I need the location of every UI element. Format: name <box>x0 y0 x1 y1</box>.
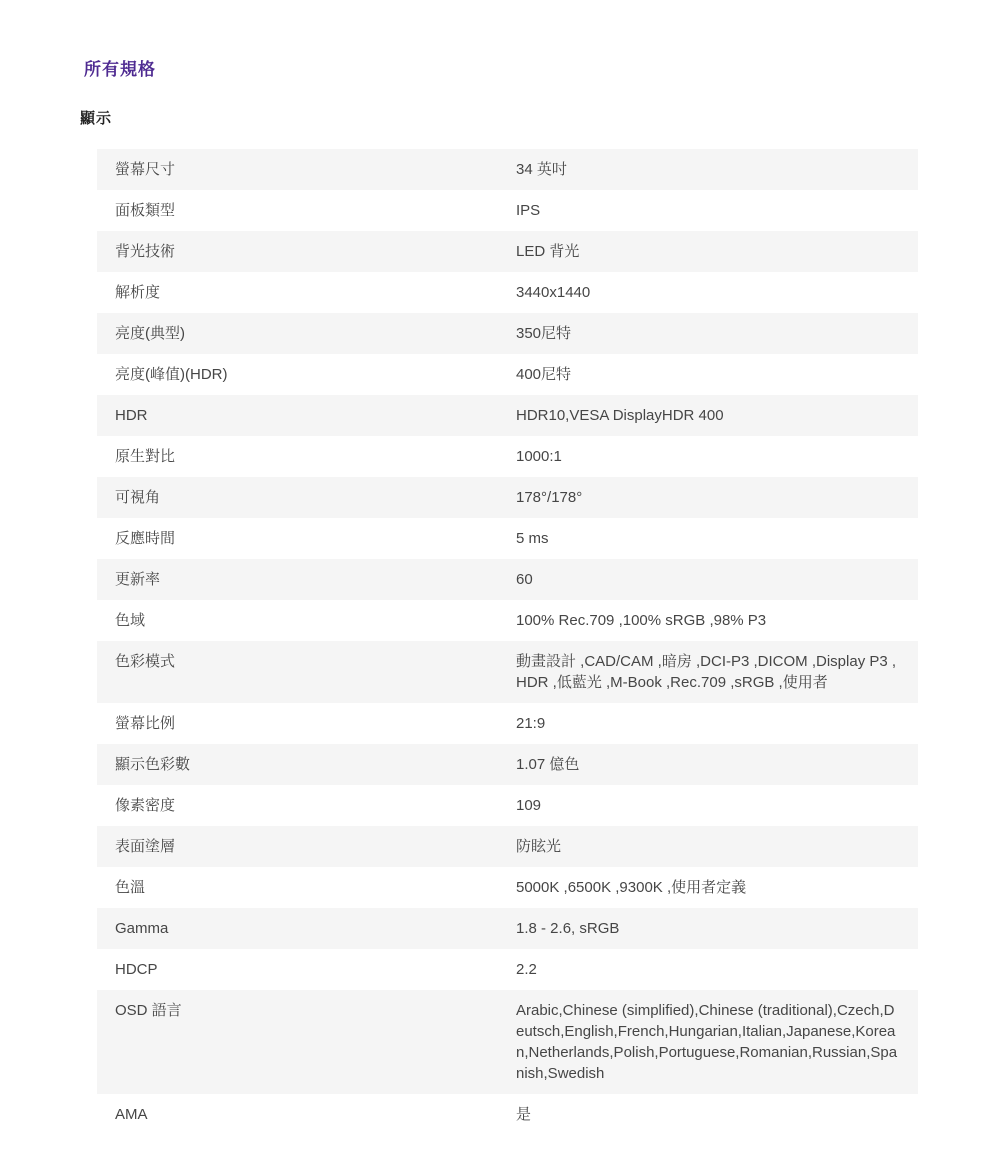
table-row: 解析度3440x1440 <box>97 272 918 313</box>
table-row: 螢幕尺寸34 英吋 <box>97 149 918 190</box>
specs-page: 所有規格 顯示 螢幕尺寸34 英吋面板類型IPS背光技術LED 背光解析度344… <box>0 0 1000 1153</box>
table-row: 色溫5000K ,6500K ,9300K ,使用者定義 <box>97 867 918 908</box>
page-title: 所有規格 <box>84 55 1000 80</box>
spec-label: HDR <box>97 405 516 426</box>
spec-label: 面板類型 <box>97 200 516 221</box>
spec-value: 60 <box>516 569 918 590</box>
spec-label: 表面塗層 <box>97 836 516 857</box>
spec-value: 5000K ,6500K ,9300K ,使用者定義 <box>516 877 918 898</box>
spec-value: 100% Rec.709 ,100% sRGB ,98% P3 <box>516 610 918 631</box>
spec-value: 1.8 - 2.6, sRGB <box>516 918 918 939</box>
table-row: 亮度(峰值)(HDR)400尼特 <box>97 354 918 395</box>
section-title-display: 顯示 <box>80 107 1000 128</box>
spec-label: 解析度 <box>97 282 516 303</box>
table-row: HDCP2.2 <box>97 949 918 990</box>
table-row: 可視角178°/178° <box>97 477 918 518</box>
table-row: OSD 語言Arabic,Chinese (simplified),Chines… <box>97 990 918 1094</box>
table-row: 面板類型IPS <box>97 190 918 231</box>
spec-value: 防眩光 <box>516 836 918 857</box>
spec-label: 色彩模式 <box>97 651 516 672</box>
table-row: 色彩模式動畫設計 ,CAD/CAM ,暗房 ,DCI-P3 ,DICOM ,Di… <box>97 641 918 703</box>
spec-value: LED 背光 <box>516 241 918 262</box>
spec-label: 原生對比 <box>97 446 516 467</box>
table-row: 表面塗層防眩光 <box>97 826 918 867</box>
spec-label: 亮度(典型) <box>97 323 516 344</box>
spec-value: 350尼特 <box>516 323 918 344</box>
spec-label: 反應時間 <box>97 528 516 549</box>
table-row: 像素密度109 <box>97 785 918 826</box>
spec-label: 像素密度 <box>97 795 516 816</box>
table-row: 背光技術LED 背光 <box>97 231 918 272</box>
spec-value: 是 <box>516 1104 918 1125</box>
spec-value: Arabic,Chinese (simplified),Chinese (tra… <box>516 1000 918 1084</box>
spec-value: 5 ms <box>516 528 918 549</box>
table-row: HDRHDR10,VESA DisplayHDR 400 <box>97 395 918 436</box>
table-row: 亮度(典型)350尼特 <box>97 313 918 354</box>
table-row: 色域100% Rec.709 ,100% sRGB ,98% P3 <box>97 600 918 641</box>
spec-label: 色域 <box>97 610 516 631</box>
table-row: 顯示色彩數1.07 億色 <box>97 744 918 785</box>
spec-label: Gamma <box>97 918 516 939</box>
spec-value: 動畫設計 ,CAD/CAM ,暗房 ,DCI-P3 ,DICOM ,Displa… <box>516 651 918 693</box>
table-row: 更新率60 <box>97 559 918 600</box>
table-row: 螢幕比例21:9 <box>97 703 918 744</box>
spec-value: 2.2 <box>516 959 918 980</box>
spec-label: 更新率 <box>97 569 516 590</box>
table-row: 反應時間5 ms <box>97 518 918 559</box>
spec-label: 顯示色彩數 <box>97 754 516 775</box>
spec-label: 色溫 <box>97 877 516 898</box>
spec-value: 400尼特 <box>516 364 918 385</box>
spec-value: 34 英吋 <box>516 159 918 180</box>
spec-value: 178°/178° <box>516 487 918 508</box>
spec-label: 背光技術 <box>97 241 516 262</box>
spec-value: 109 <box>516 795 918 816</box>
spec-label: 螢幕尺寸 <box>97 159 516 180</box>
spec-value: 1000:1 <box>516 446 918 467</box>
spec-label: OSD 語言 <box>97 1000 516 1021</box>
table-row: AMA是 <box>97 1094 918 1135</box>
table-row: Gamma1.8 - 2.6, sRGB <box>97 908 918 949</box>
spec-label: 螢幕比例 <box>97 713 516 734</box>
spec-value: HDR10,VESA DisplayHDR 400 <box>516 405 918 426</box>
spec-table: 螢幕尺寸34 英吋面板類型IPS背光技術LED 背光解析度3440x1440亮度… <box>97 149 918 1135</box>
spec-value: 1.07 億色 <box>516 754 918 775</box>
spec-value: IPS <box>516 200 918 221</box>
spec-value: 3440x1440 <box>516 282 918 303</box>
spec-label: 可視角 <box>97 487 516 508</box>
spec-label: 亮度(峰值)(HDR) <box>97 364 516 385</box>
spec-label: HDCP <box>97 959 516 980</box>
spec-value: 21:9 <box>516 713 918 734</box>
spec-label: AMA <box>97 1104 516 1125</box>
table-row: 原生對比1000:1 <box>97 436 918 477</box>
